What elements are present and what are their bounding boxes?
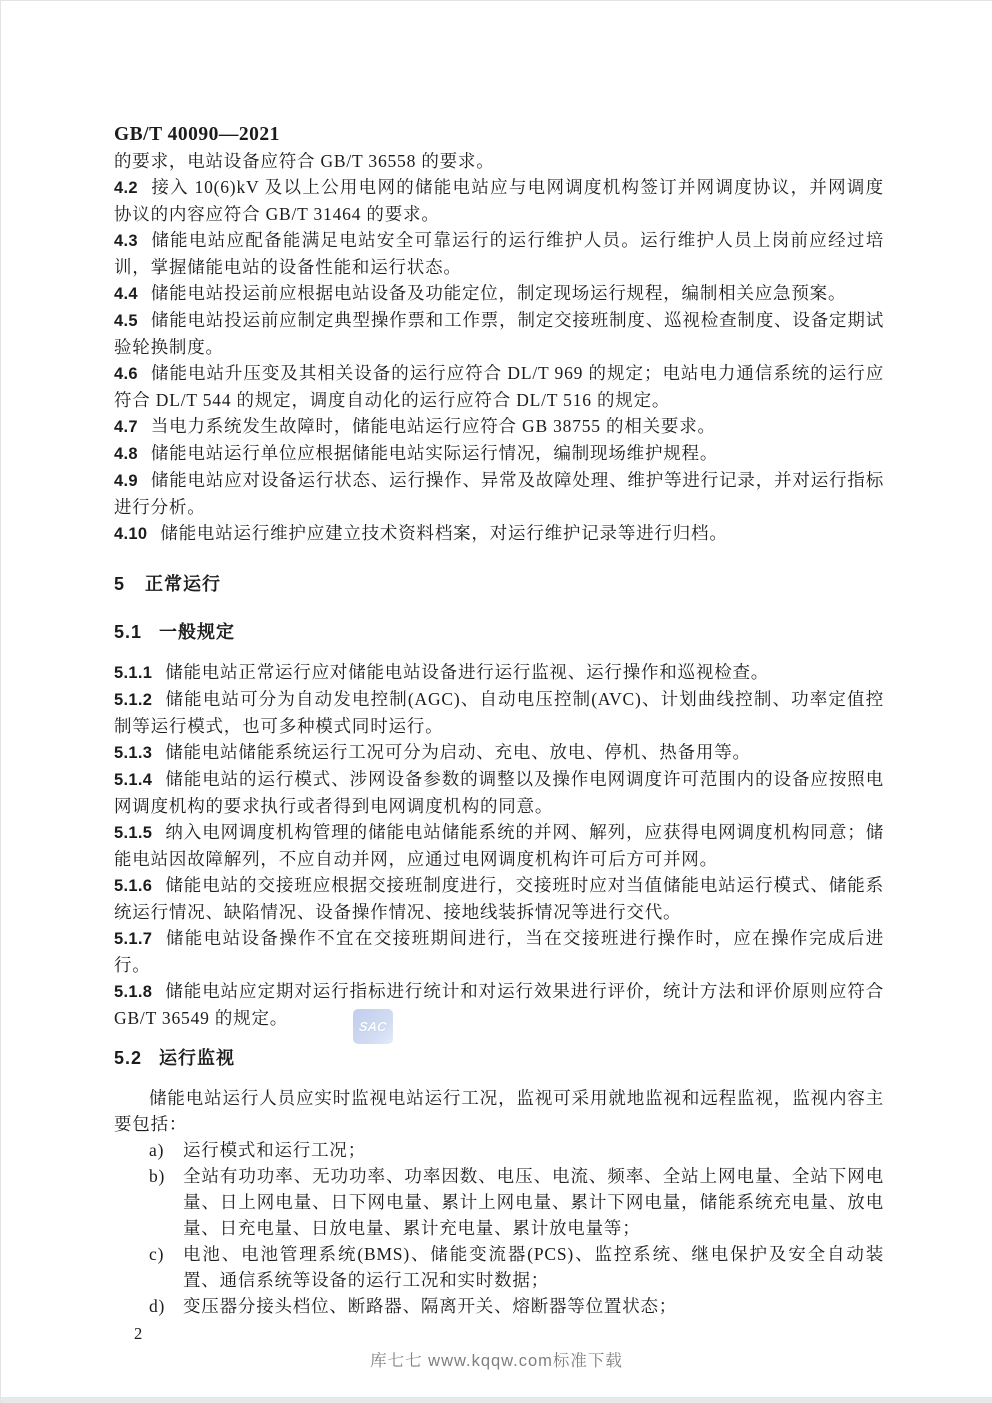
list-item: c)电池、电池管理系统(BMS)、储能变流器(PCS)、监控系统、继电保护及安全… bbox=[114, 1241, 884, 1293]
list-marker: c) bbox=[149, 1241, 164, 1267]
list-item-text: 电池、电池管理系统(BMS)、储能变流器(PCS)、监控系统、继电保护及安全自动… bbox=[183, 1244, 884, 1290]
clause-text: 储能电站的运行模式、涉网设备参数的调整以及操作电网调度许可范围内的设备应按照电网… bbox=[114, 769, 884, 816]
clause-number: 5.1.7 bbox=[114, 930, 152, 948]
clause-paragraph: 5.1.2储能电站可分为自动发电控制(AGC)、自动电压控制(AVC)、计划曲线… bbox=[114, 686, 884, 739]
clause-number: 4.5 bbox=[114, 312, 138, 330]
clause-paragraph: 4.3储能电站应配备能满足电站安全可靠运行的运行维护人员。运行维护人员上岗前应经… bbox=[114, 227, 884, 280]
clause-text: 储能电站投运前应根据电站设备及功能定位，制定现场运行规程，编制相关应急预案。 bbox=[151, 283, 846, 303]
list-item-text: 变压器分接头档位、断路器、隔离开关、熔断器等位置状态； bbox=[183, 1296, 677, 1316]
clause-text: 纳入电网调度机构管理的储能电站储能系统的并网、解列，应获得电网调度机构同意；储能… bbox=[114, 822, 884, 869]
clause-number: 4.6 bbox=[114, 365, 138, 383]
list-item: a)运行模式和运行工况； bbox=[114, 1137, 884, 1163]
clause-number: 5.1.2 bbox=[114, 691, 152, 709]
sac-watermark-text: SAC bbox=[358, 1019, 387, 1034]
clause-number: 5.2 bbox=[114, 1048, 142, 1068]
list-item-text: 运行模式和运行工况； bbox=[183, 1140, 366, 1160]
clause-number: 5.1.3 bbox=[114, 744, 152, 762]
clause-text: 储能电站可分为自动发电控制(AGC)、自动电压控制(AVC)、计划曲线控制、功率… bbox=[114, 689, 884, 736]
body-paragraph: 的要求，电站设备应符合 GB/T 36558 的要求。 bbox=[114, 148, 884, 174]
clause-number: 4.8 bbox=[114, 445, 138, 463]
clause-paragraph: 4.5储能电站投运前应制定典型操作票和工作票，制定交接班制度、巡视检查制度、设备… bbox=[114, 307, 884, 360]
clause-text: 储能电站运行维护应建立技术资料档案，对运行维护记录等进行归档。 bbox=[160, 523, 727, 543]
document-body: GB/T 40090—2021 的要求，电站设备应符合 GB/T 36558 的… bbox=[114, 122, 884, 1347]
clause-paragraph: 5.1.1储能电站正常运行应对储能电站设备进行运行监视、运行操作和巡视检查。 bbox=[114, 659, 884, 686]
clause-text: 储能电站的交接班应根据交接班制度进行，交接班时应对当值储能电站运行模式、储能系统… bbox=[114, 875, 884, 922]
clause-text: 接入 10(6)kV 及以上公用电网的储能电站应与电网调度机构签订并网调度协议，… bbox=[114, 177, 884, 224]
section-heading: 5.1一般规定 bbox=[114, 619, 884, 645]
clause-paragraph: 5.1.6储能电站的交接班应根据交接班制度进行，交接班时应对当值储能电站运行模式… bbox=[114, 872, 884, 925]
clause-number: 5.1.5 bbox=[114, 824, 152, 842]
clause-text: 储能电站设备操作不宜在交接班期间进行，当在交接班进行操作时，应在操作完成后进行。 bbox=[114, 928, 884, 975]
clause-text: 储能电站运行单位应根据储能电站实际运行情况，编制现场维护规程。 bbox=[151, 443, 718, 463]
sac-watermark-logo: SAC bbox=[353, 1009, 393, 1044]
document-content: 的要求，电站设备应符合 GB/T 36558 的要求。4.2接入 10(6)kV… bbox=[114, 148, 884, 1319]
clause-text: 储能电站正常运行应对储能电站设备进行运行监视、运行操作和巡视检查。 bbox=[165, 662, 769, 682]
clause-text: 储能电站投运前应制定典型操作票和工作票，制定交接班制度、巡视检查制度、设备定期试… bbox=[114, 310, 884, 357]
list-item-text: 全站有功功率、无功功率、功率因数、电压、电流、频率、全站上网电量、全站下网电量、… bbox=[183, 1166, 884, 1238]
list-marker: b) bbox=[149, 1163, 165, 1189]
clause-paragraph: 5.1.8储能电站应定期对运行指标进行统计和对运行效果进行评价，统计方法和评价原… bbox=[114, 978, 884, 1031]
clause-paragraph: 4.10储能电站运行维护应建立技术资料档案，对运行维护记录等进行归档。 bbox=[114, 520, 884, 547]
clause-number: 5.1.4 bbox=[114, 771, 152, 789]
clause-number: 4.2 bbox=[114, 179, 138, 197]
clause-text: 储能电站储能系统运行工况可分为启动、充电、放电、停机、热备用等。 bbox=[165, 742, 751, 762]
clause-number: 4.3 bbox=[114, 232, 138, 250]
clause-text: 储能电站应对设备运行状态、运行操作、异常及故障处理、维护等进行记录，并对运行指标… bbox=[114, 470, 884, 517]
standard-number-header: GB/T 40090—2021 bbox=[114, 122, 884, 148]
body-paragraph: 储能电站运行人员应实时监视电站运行工况，监视可采用就地监视和远程监视，监视内容主… bbox=[114, 1085, 884, 1137]
clause-number: 4.7 bbox=[114, 418, 138, 436]
clause-text: 储能电站升压变及其相关设备的运行应符合 DL/T 969 的规定；电站电力通信系… bbox=[114, 363, 884, 410]
clause-paragraph: 4.7当电力系统发生故障时，储能电站运行应符合 GB 38755 的相关要求。 bbox=[114, 413, 884, 440]
section-heading: 5.2运行监视 bbox=[114, 1045, 884, 1071]
section-heading: 5正常运行 bbox=[114, 571, 884, 597]
scan-edge-strip bbox=[1, 1397, 992, 1403]
clause-number: 4.4 bbox=[114, 285, 138, 303]
clause-paragraph: 4.8储能电站运行单位应根据储能电站实际运行情况，编制现场维护规程。 bbox=[114, 440, 884, 467]
page-number: 2 bbox=[114, 1321, 884, 1347]
list-item: b)全站有功功率、无功功率、功率因数、电压、电流、频率、全站上网电量、全站下网电… bbox=[114, 1163, 884, 1241]
clause-paragraph: 4.4储能电站投运前应根据电站设备及功能定位，制定现场运行规程，编制相关应急预案… bbox=[114, 280, 884, 307]
clause-number: 5.1.8 bbox=[114, 983, 152, 1001]
clause-number: 4.10 bbox=[114, 525, 147, 543]
list-marker: a) bbox=[149, 1137, 164, 1163]
clause-paragraph: 5.1.3储能电站储能系统运行工况可分为启动、充电、放电、停机、热备用等。 bbox=[114, 739, 884, 766]
clause-paragraph: 5.1.4储能电站的运行模式、涉网设备参数的调整以及操作电网调度许可范围内的设备… bbox=[114, 766, 884, 819]
list-item: d)变压器分接头档位、断路器、隔离开关、熔断器等位置状态； bbox=[114, 1293, 884, 1319]
clause-paragraph: 5.1.7储能电站设备操作不宜在交接班期间进行，当在交接班进行操作时，应在操作完… bbox=[114, 925, 884, 978]
clause-paragraph: 4.6储能电站升压变及其相关设备的运行应符合 DL/T 969 的规定；电站电力… bbox=[114, 360, 884, 413]
clause-text: 一般规定 bbox=[159, 622, 235, 642]
clause-number: 5 bbox=[114, 574, 125, 594]
clause-number: 5.1.1 bbox=[114, 664, 152, 682]
clause-number: 5.1 bbox=[114, 622, 142, 642]
download-site-footer: 库七七 www.kqqw.com标准下载 bbox=[1, 1347, 992, 1371]
clause-paragraph: 4.9储能电站应对设备运行状态、运行操作、异常及故障处理、维护等进行记录，并对运… bbox=[114, 467, 884, 520]
clause-text: 储能电站应定期对运行指标进行统计和对运行效果进行评价，统计方法和评价原则应符合 … bbox=[114, 981, 884, 1028]
clause-number: 4.9 bbox=[114, 472, 138, 490]
clause-paragraph: 4.2接入 10(6)kV 及以上公用电网的储能电站应与电网调度机构签订并网调度… bbox=[114, 174, 884, 227]
clause-text: 运行监视 bbox=[159, 1048, 235, 1068]
clause-paragraph: 5.1.5纳入电网调度机构管理的储能电站储能系统的并网、解列，应获得电网调度机构… bbox=[114, 819, 884, 872]
clause-text: 储能电站应配备能满足电站安全可靠运行的运行维护人员。运行维护人员上岗前应经过培训… bbox=[114, 230, 884, 277]
clause-text: 正常运行 bbox=[145, 574, 221, 594]
document-page: GB/T 40090—2021 的要求，电站设备应符合 GB/T 36558 的… bbox=[0, 0, 992, 1403]
clause-number: 5.1.6 bbox=[114, 877, 152, 895]
clause-text: 当电力系统发生故障时，储能电站运行应符合 GB 38755 的相关要求。 bbox=[151, 416, 716, 436]
list-marker: d) bbox=[149, 1293, 165, 1319]
